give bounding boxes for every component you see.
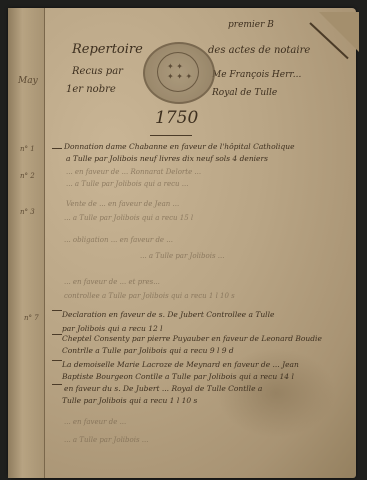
entry-text: Vente de ... en faveur de Jean ...	[66, 200, 179, 208]
title-left-2: Recus par	[72, 66, 123, 77]
margin-dash	[52, 360, 62, 361]
margin-dash	[52, 384, 62, 385]
title-left-1: Repertoire	[72, 42, 143, 57]
year-underline	[150, 135, 192, 136]
entry-number: n° 2	[20, 172, 35, 180]
entry-number: n° 1	[20, 145, 35, 153]
margin-dash	[52, 310, 62, 311]
entry-text-cont: Baptiste Bourgeon Contlle a Tulle par Jo…	[62, 372, 294, 381]
entry-text: ... en faveur de ... Ronnarat Delorte ..…	[66, 168, 201, 176]
entry-text-cont: a Tulle par Jolibois neuf livres dix neu…	[66, 154, 268, 163]
tax-stamp-seal	[143, 42, 215, 104]
margin-dash	[52, 334, 62, 335]
entry-text-cont: ... a Tulle par Jolibois ...	[64, 436, 148, 444]
entry-text-cont: par Jolibois qui a recu 12 l	[62, 324, 163, 333]
entry-text: Cheptel Consenty par pierre Puyauber en …	[62, 334, 322, 343]
title-right-1: des actes de notaire	[208, 45, 310, 56]
entry-text-cont: ... a Tulle par Jolibois qui a recu 15 l	[64, 214, 193, 222]
entry-text-cont: Contrlle a Tulle par Jolibois qui a recu…	[62, 346, 234, 355]
entry-text-cont: Tulle par Jolibois qui a recu 1 l 10 s	[62, 396, 197, 405]
corner-note: premier B	[228, 20, 274, 30]
entry-text-cont: controllee a Tulle par Jolibois qui a re…	[64, 292, 235, 300]
entry-text-cont: ... a Tulle par Jolibois qui a recu ...	[66, 180, 188, 188]
entry-text: ... en faveur de ...	[64, 418, 126, 426]
entry-number: n° 3	[20, 208, 35, 216]
entry-number: n° 7	[24, 314, 39, 322]
entry-text: ... obligation ... en faveur de ...	[64, 236, 173, 244]
entry-text-cont: ... a Tulle par Jolibois ...	[140, 252, 224, 260]
folded-corner	[319, 12, 359, 52]
entry-text: en faveur du s. De Jubert ... Royal de T…	[64, 384, 262, 393]
entry-text: ... en faveur de ... et pres...	[64, 278, 160, 286]
entry-text: Donnation dame Chabanne en faveur de l'h…	[64, 142, 295, 151]
title-right-2: Me François Herr...	[212, 70, 301, 80]
margin-note-may: May	[18, 76, 38, 86]
year: 1750	[155, 108, 198, 128]
entry-text: Declaration en faveur de s. De Jubert Co…	[62, 310, 274, 319]
title-left-3: 1er nobre	[66, 84, 116, 95]
margin-dash	[52, 148, 62, 149]
entry-text: La demoiselle Marie Lacroze de Meynard e…	[62, 360, 299, 369]
title-right-3: Royal de Tulle	[212, 88, 277, 98]
